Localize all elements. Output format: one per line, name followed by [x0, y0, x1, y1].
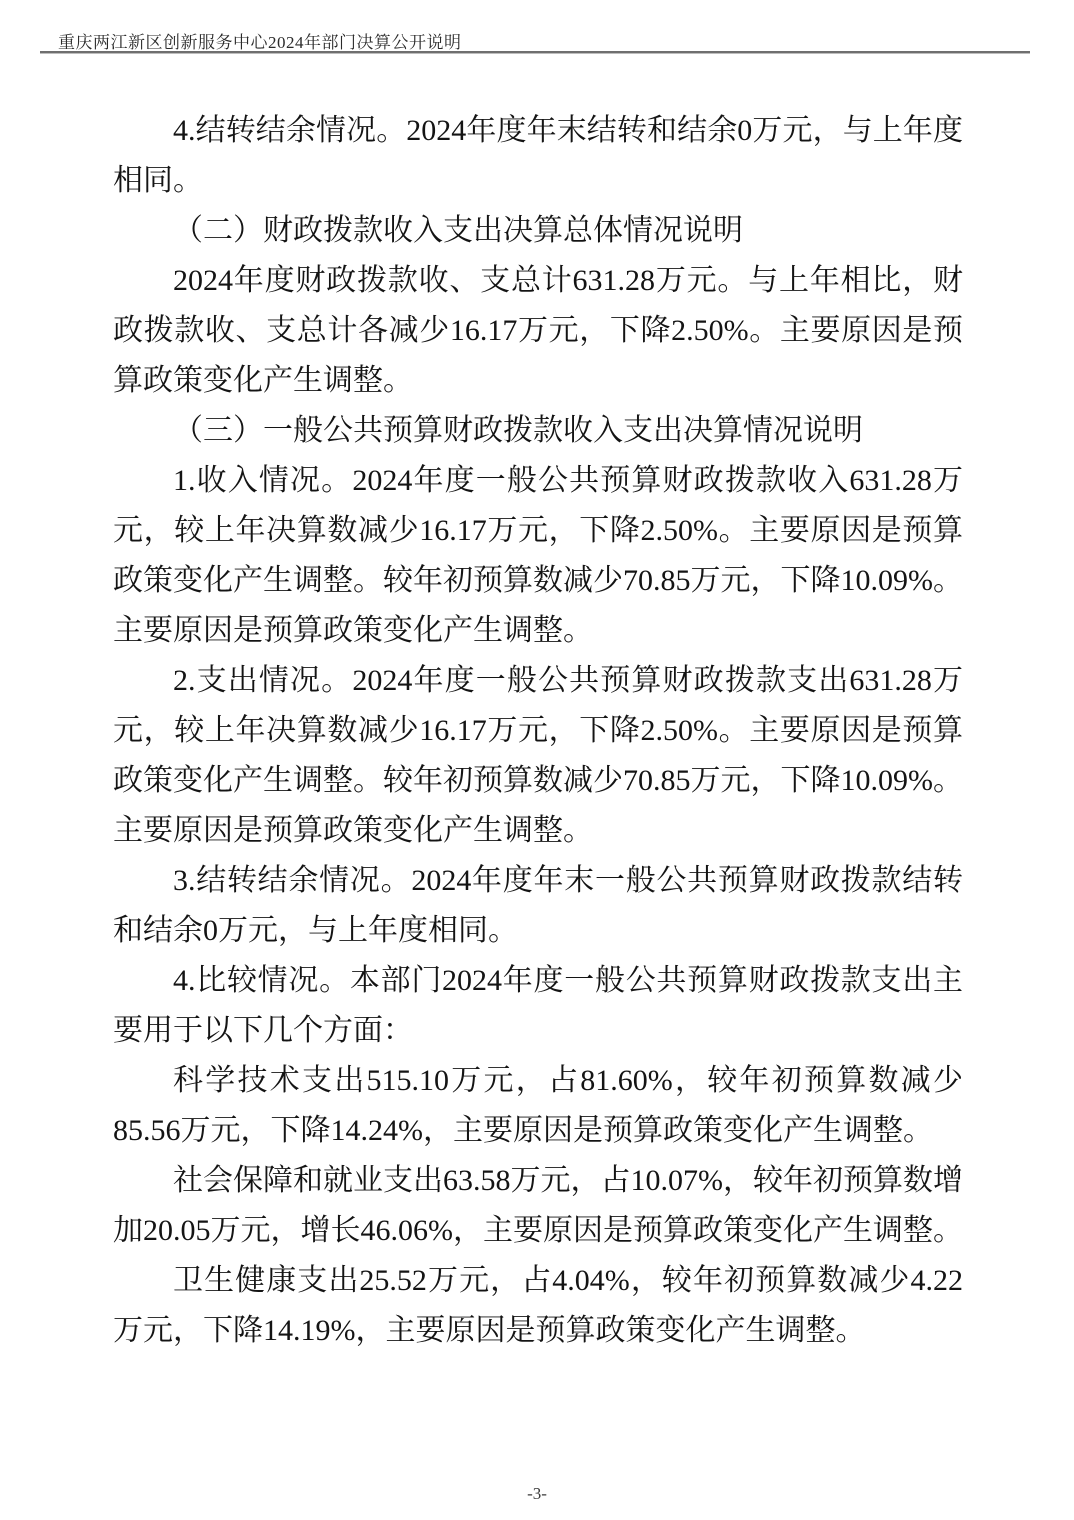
paragraph-health-expense: 卫生健康支出25.52万元，占4.04%，较年初预算数减少4.22万元，下降14…	[113, 1256, 963, 1356]
paragraph-science-tech-expense: 科学技术支出515.10万元，占81.60%，较年初预算数减少85.56万元，下…	[113, 1056, 963, 1156]
header-rule	[40, 51, 1030, 54]
paragraph-expenditure: 2.支出情况。2024年度一般公共预算财政拨款支出631.28万元，较上年决算数…	[113, 656, 963, 856]
section-heading-3: （三）一般公共预算财政拨款收入支出决算情况说明	[113, 406, 963, 456]
paragraph-carryover: 3.结转结余情况。2024年度年末一般公共预算财政拨款结转和结余0万元，与上年度…	[113, 856, 963, 956]
section-heading-2: （二）财政拨款收入支出决算总体情况说明	[113, 206, 963, 256]
document-page: 重庆两江新区创新服务中心2024年部门决算公开说明 4.结转结余情况。2024年…	[0, 0, 1074, 1520]
paragraph-social-security-expense: 社会保障和就业支出63.58万元，占10.07%，较年初预算数增加20.05万元…	[113, 1156, 963, 1256]
paragraph-comparison-intro: 4.比较情况。本部门2024年度一般公共预算财政拨款支出主要用于以下几个方面：	[113, 956, 963, 1056]
paragraph-fiscal-total: 2024年度财政拨款收、支总计631.28万元。与上年相比，财政拨款收、支总计各…	[113, 256, 963, 406]
paragraph-income: 1.收入情况。2024年度一般公共预算财政拨款收入631.28万元，较上年决算数…	[113, 456, 963, 656]
page-header-title: 重庆两江新区创新服务中心2024年部门决算公开说明	[58, 28, 462, 53]
document-body: 4.结转结余情况。2024年度年末结转和结余0万元，与上年度相同。 （二）财政拨…	[113, 106, 963, 1356]
paragraph-carryover-prev-section: 4.结转结余情况。2024年度年末结转和结余0万元，与上年度相同。	[113, 106, 963, 206]
page-number: -3-	[0, 1484, 1074, 1504]
